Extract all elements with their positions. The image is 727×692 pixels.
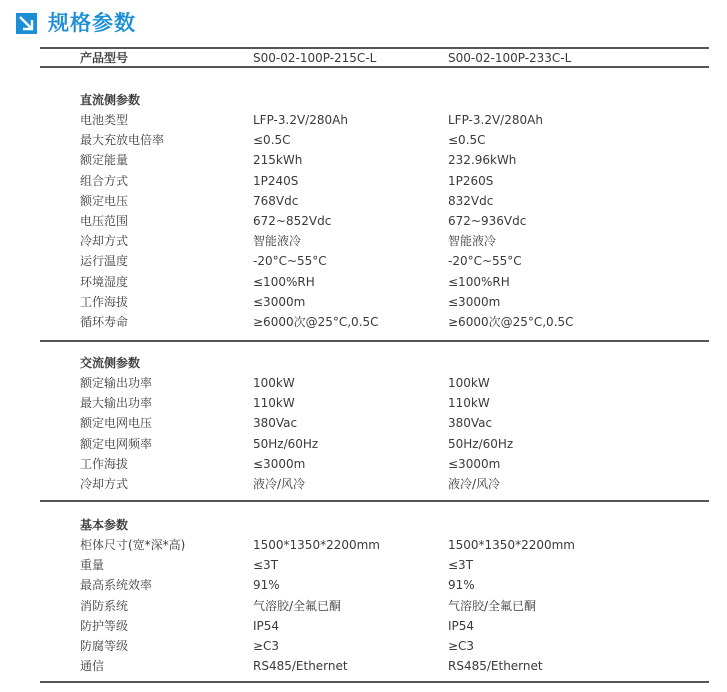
param-value-2: ≤3000m — [448, 292, 500, 312]
param-value-1: 672~852Vdc — [253, 211, 331, 231]
table-row: 防腐等级≥C3≥C3 — [0, 636, 727, 656]
param-label: 电池类型 — [80, 110, 128, 130]
param-label: 运行温度 — [80, 251, 128, 271]
param-label: 最大充放电倍率 — [80, 130, 164, 150]
param-value-1: 智能液冷 — [253, 231, 301, 251]
param-label: 防护等级 — [80, 616, 128, 636]
param-label: 环境湿度 — [80, 272, 128, 292]
param-value-1: 768Vdc — [253, 191, 298, 211]
param-value-1: LFP-3.2V/280Ah — [253, 110, 348, 130]
param-label: 最高系统效率 — [80, 575, 152, 595]
table-row: 工作海拔≤3000m≤3000m — [0, 454, 727, 474]
param-value-1: ≤3000m — [253, 292, 305, 312]
param-value-2: IP54 — [448, 616, 474, 636]
table-row: 循环寿命≥6000次@25°C,0.5C≥6000次@25°C,0.5C — [0, 312, 727, 332]
table-row: 消防系统气溶胶/全氟已酮气溶胶/全氟已酮 — [0, 596, 727, 616]
table-row: 环境湿度≤100%RH≤100%RH — [0, 272, 727, 292]
table-row: 运行温度-20°C~55°C-20°C~55°C — [0, 251, 727, 271]
section-title-ac: 交流侧参数 — [80, 353, 140, 373]
param-value-2: ≥C3 — [448, 636, 474, 656]
table-row: 额定电网电压380Vac380Vac — [0, 413, 727, 433]
param-label: 工作海拔 — [80, 454, 128, 474]
table-row: 电压范围672~852Vdc672~936Vdc — [0, 211, 727, 231]
param-value-1: IP54 — [253, 616, 279, 636]
param-label: 额定电压 — [80, 191, 128, 211]
param-value-1: 1P240S — [253, 171, 298, 191]
param-value-1: 100kW — [253, 373, 295, 393]
section-title-dc: 直流侧参数 — [80, 90, 140, 110]
param-label: 工作海拔 — [80, 292, 128, 312]
param-value-2: 232.96kWh — [448, 150, 516, 170]
param-value-2: RS485/Ethernet — [448, 656, 543, 676]
param-value-2: 832Vdc — [448, 191, 493, 211]
table-row: 最大输出功率110kW110kW — [0, 393, 727, 413]
param-value-2: 液冷/风冷 — [448, 474, 500, 494]
param-value-1: ≤3000m — [253, 454, 305, 474]
param-label: 冷却方式 — [80, 231, 128, 251]
table-row: 通信RS485/EthernetRS485/Ethernet — [0, 656, 727, 676]
param-value-2: -20°C~55°C — [448, 251, 522, 271]
param-value-2: ≤3000m — [448, 454, 500, 474]
table-bottom-divider — [40, 681, 709, 683]
table-row: 额定电压768Vdc832Vdc — [0, 191, 727, 211]
table-row: 额定能量215kWh232.96kWh — [0, 150, 727, 170]
param-value-2: 气溶胶/全氟已酮 — [448, 596, 536, 616]
param-value-2: ≤0.5C — [448, 130, 486, 150]
param-label: 循环寿命 — [80, 312, 128, 332]
param-label: 额定能量 — [80, 150, 128, 170]
param-value-2: 100kW — [448, 373, 490, 393]
param-value-1: -20°C~55°C — [253, 251, 327, 271]
param-value-2: 智能液冷 — [448, 231, 496, 251]
section-title-basic: 基本参数 — [80, 515, 128, 535]
param-label: 额定输出功率 — [80, 373, 152, 393]
param-value-1: 91% — [253, 575, 280, 595]
param-label: 柜体尺寸(宽*深*高) — [80, 535, 185, 555]
table-row: 冷却方式液冷/风冷液冷/风冷 — [0, 474, 727, 494]
param-label: 防腐等级 — [80, 636, 128, 656]
table-row: 电池类型LFP-3.2V/280AhLFP-3.2V/280Ah — [0, 110, 727, 130]
table-row: 最大充放电倍率≤0.5C≤0.5C — [0, 130, 727, 150]
param-value-2: ≤100%RH — [448, 272, 510, 292]
param-value-1: 380Vac — [253, 413, 297, 433]
param-label: 重量 — [80, 555, 104, 575]
param-label: 额定电网频率 — [80, 434, 152, 454]
section-divider-dc — [40, 340, 709, 342]
param-value-1: ≤0.5C — [253, 130, 291, 150]
param-value-2: 50Hz/60Hz — [448, 434, 513, 454]
param-value-1: 气溶胶/全氟已酮 — [253, 596, 341, 616]
header-divider — [40, 66, 709, 68]
param-value-1: 液冷/风冷 — [253, 474, 305, 494]
model-value-1: S00-02-100P-215C-L — [253, 48, 376, 68]
param-label: 组合方式 — [80, 171, 128, 191]
model-label: 产品型号 — [80, 48, 128, 68]
param-value-1: 50Hz/60Hz — [253, 434, 318, 454]
param-value-2: 672~936Vdc — [448, 211, 526, 231]
param-label: 额定电网电压 — [80, 413, 152, 433]
param-label: 通信 — [80, 656, 104, 676]
param-value-1: ≤3T — [253, 555, 278, 575]
table-row: 冷却方式智能液冷智能液冷 — [0, 231, 727, 251]
table-row: 防护等级IP54IP54 — [0, 616, 727, 636]
param-label: 冷却方式 — [80, 474, 128, 494]
param-value-2: 1P260S — [448, 171, 493, 191]
table-row: 工作海拔≤3000m≤3000m — [0, 292, 727, 312]
param-value-1: ≥C3 — [253, 636, 279, 656]
param-value-1: 215kWh — [253, 150, 302, 170]
param-value-1: ≤100%RH — [253, 272, 315, 292]
page-header: 规格参数 — [16, 11, 136, 35]
section-divider-ac — [40, 500, 709, 502]
param-value-2: LFP-3.2V/280Ah — [448, 110, 543, 130]
param-value-2: ≥6000次@25°C,0.5C — [448, 312, 574, 332]
param-value-2: 380Vac — [448, 413, 492, 433]
model-value-2: S00-02-100P-233C-L — [448, 48, 571, 68]
param-value-2: ≤3T — [448, 555, 473, 575]
param-value-1: ≥6000次@25°C,0.5C — [253, 312, 379, 332]
table-row: 额定输出功率100kW100kW — [0, 373, 727, 393]
param-label: 消防系统 — [80, 596, 128, 616]
param-value-1: RS485/Ethernet — [253, 656, 348, 676]
param-value-2: 110kW — [448, 393, 490, 413]
param-value-1: 1500*1350*2200mm — [253, 535, 380, 555]
param-value-1: 110kW — [253, 393, 295, 413]
param-label: 最大输出功率 — [80, 393, 152, 413]
table-row: 最高系统效率91%91% — [0, 575, 727, 595]
model-row: 产品型号 S00-02-100P-215C-L S00-02-100P-233C… — [0, 48, 727, 68]
table-row: 重量≤3T≤3T — [0, 555, 727, 575]
arrow-down-right-square-icon — [16, 13, 37, 34]
param-value-2: 1500*1350*2200mm — [448, 535, 575, 555]
param-label: 电压范围 — [80, 211, 128, 231]
param-value-2: 91% — [448, 575, 475, 595]
page-title: 规格参数 — [48, 11, 136, 35]
table-row: 组合方式1P240S1P260S — [0, 171, 727, 191]
table-row: 柜体尺寸(宽*深*高)1500*1350*2200mm1500*1350*220… — [0, 535, 727, 555]
table-row: 额定电网频率50Hz/60Hz50Hz/60Hz — [0, 434, 727, 454]
